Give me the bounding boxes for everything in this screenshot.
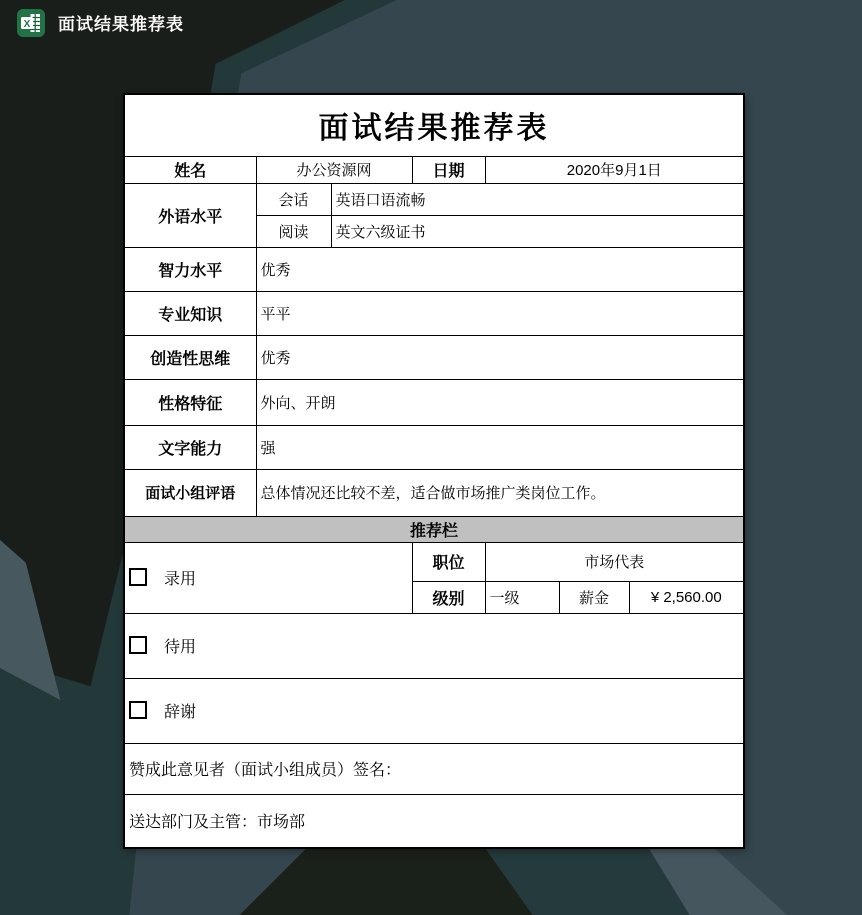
level-value[interactable]: 一级 — [485, 581, 559, 613]
window-title: 面试结果推荐表 — [58, 10, 184, 35]
name-label: 姓名 — [124, 156, 256, 183]
reading-value[interactable]: 英文六级证书 — [331, 215, 744, 247]
intelligence-value[interactable]: 优秀 — [256, 247, 744, 291]
window-titlebar: X 面试结果推荐表 — [0, 0, 862, 45]
recommendation-form-table: 面试结果推荐表 姓名 办公资源网 日期 2020年9月1日 外语水平 会话 英语… — [123, 93, 745, 849]
writing-label: 文字能力 — [124, 425, 256, 469]
personality-label: 性格特征 — [124, 379, 256, 425]
conversation-value[interactable]: 英语口语流畅 — [331, 183, 744, 215]
name-value[interactable]: 办公资源网 — [256, 156, 412, 183]
creativity-value[interactable]: 优秀 — [256, 335, 744, 379]
date-label: 日期 — [412, 156, 485, 183]
signature-line[interactable]: 赞成此意见者（面试小组成员）签名： — [124, 743, 744, 794]
reading-label: 阅读 — [256, 215, 331, 247]
option-waitlist-label: 待用 — [164, 639, 196, 656]
screenshot-root: { "titlebar": { "app_title": "面试结果推荐表" }… — [0, 0, 862, 915]
option-hire-cell: 录用 — [124, 542, 412, 613]
option-hire-label: 录用 — [164, 571, 196, 588]
position-value[interactable]: 市场代表 — [485, 542, 744, 581]
recommendation-form: 面试结果推荐表 姓名 办公资源网 日期 2020年9月1日 外语水平 会话 英语… — [123, 93, 743, 847]
checkbox-decline-icon[interactable] — [129, 701, 147, 719]
knowledge-label: 专业知识 — [124, 291, 256, 335]
salary-value[interactable]: ¥ 2,560.00 — [629, 581, 744, 613]
checkbox-hire-icon[interactable] — [129, 568, 147, 586]
panel-comment-label: 面试小组评语 — [124, 469, 256, 516]
creativity-label: 创造性思维 — [124, 335, 256, 379]
date-value[interactable]: 2020年9月1日 — [485, 156, 744, 183]
panel-comment-value[interactable]: 总体情况还比较不差，适合做市场推广类岗位工作。 — [256, 469, 744, 516]
position-label: 职位 — [412, 542, 485, 581]
conversation-label: 会话 — [256, 183, 331, 215]
intelligence-label: 智力水平 — [124, 247, 256, 291]
option-waitlist-cell: 待用 — [124, 613, 744, 678]
option-decline-cell: 辞谢 — [124, 678, 744, 743]
excel-icon: X — [17, 9, 45, 37]
checkbox-waitlist-icon[interactable] — [129, 636, 147, 654]
option-decline-label: 辞谢 — [164, 704, 196, 721]
foreign-language-label: 外语水平 — [124, 183, 256, 247]
delivery-line[interactable]: 送达部门及主管：市场部 — [124, 794, 744, 848]
svg-text:X: X — [24, 19, 31, 30]
recommendation-section-header: 推荐栏 — [124, 516, 744, 542]
level-label: 级别 — [412, 581, 485, 613]
form-title: 面试结果推荐表 — [124, 94, 744, 156]
salary-label: 薪金 — [559, 581, 629, 613]
writing-value[interactable]: 强 — [256, 425, 744, 469]
personality-value[interactable]: 外向、开朗 — [256, 379, 744, 425]
knowledge-value[interactable]: 平平 — [256, 291, 744, 335]
